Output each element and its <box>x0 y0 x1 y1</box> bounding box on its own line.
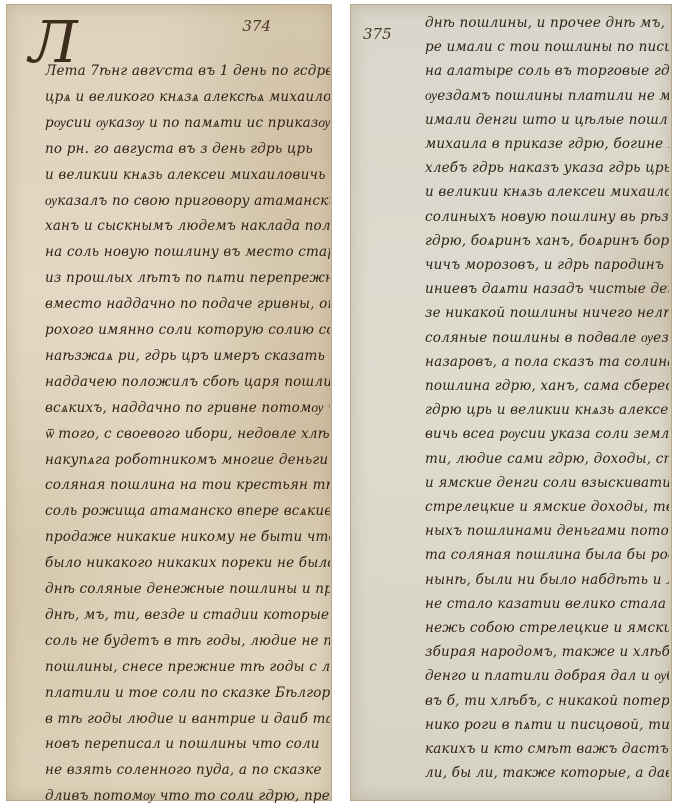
manuscript-line: пошлины, снесе прежние тѣ годы с людей <box>45 659 330 675</box>
manuscript-line: было никакого никаких пореки не было а в… <box>45 555 330 571</box>
manuscript-line: гдрю црь и великии кнѧзь алексеи михаило <box>425 402 669 418</box>
manuscript-line: соль не будетъ в тѣ годы, людие не прода… <box>45 633 330 649</box>
manuscript-line: нежь собою стрелецкие и ямские дати <box>425 620 669 636</box>
manuscript-line: михаила в приказе гдрю, богине ханъ, и г… <box>425 136 669 152</box>
manuscript-line: соляная пошлина на тои крестьян тѣ та <box>45 477 330 493</box>
manuscript-line: нико роги в пѧти и писцовой, тираже <box>425 717 669 733</box>
manuscript-line: збирая народомъ, также и хлѣбныхъ <box>425 644 669 660</box>
manuscript-line: днѣ пошлины, и прочее днѣ мъ, тъ, платил… <box>425 15 669 31</box>
manuscript-line: денго и платили добрая дал и ѹбошли <box>425 668 669 684</box>
manuscript-line: въ б, ти хлѣбъ, с никакой потеры что <box>425 693 669 709</box>
manuscript-line: ѹказалъ по свою приговору атаманскихъ <box>45 193 330 209</box>
manuscript-line: соляные пошлины в подвале ѹезда, пишетъ … <box>425 330 669 346</box>
manuscript-line: ныхъ пошлинами деньгами потомѹ что <box>425 523 669 539</box>
manuscript-line: не стало казатии велико стала себе прѧ <box>425 596 669 612</box>
manuscript-line: ти, людие сами гдрю, доходы, стрелецкие <box>425 451 669 467</box>
manuscript-line: назаровъ, а пола сказъ та солиная <box>425 354 669 370</box>
manuscript-line: иниевъ даѧти назадъ чистые деньги, примѣ <box>425 281 669 297</box>
manuscript-line: днѣ, мъ, ти, везде и стадии которые <box>45 607 330 623</box>
manuscript-line: нынѣ, были ни было набдѣть и лишнего пла… <box>425 572 669 588</box>
manuscript-line: ѿ того, с своевого ибори, недовле хлѣба <box>45 426 330 442</box>
manuscript-line: продаже никакие никому не быти что то <box>45 529 330 545</box>
manuscript-line: дливъ потомѹ что то соли гдрю, пре <box>45 788 330 804</box>
manuscript-line: рохого имянно соли которую солию сохи <box>45 322 330 338</box>
manuscript-line: наддачею положилъ сбоѣ царя пошлинъ <box>45 374 330 390</box>
manuscript-line: и ямские денги соли взыскивати тѣ <box>425 475 669 491</box>
manuscript-line: имали денги што и цѣлые пошлины, платили… <box>425 112 669 128</box>
manuscript-line: не взять соленного пуда, а по сказке <box>45 762 330 778</box>
manuscript-line: ре имали с тои пошлины по писцовымъ книг… <box>425 39 669 55</box>
manuscript-line: всѧкихъ, наддачно по гривне потомѹ что <box>45 400 330 416</box>
manuscript-line: ѹездамъ пошлины платили не можно платити… <box>425 88 669 104</box>
manuscript-line: платили и тое соли по сказке Бѣлгорода <box>45 685 330 701</box>
manuscript-line: какихъ и кто смѣт важъ дастъ съ всѧда <box>425 741 669 757</box>
manuscript-line: црѧ и великого кнѧзѧ алексѣѧ михаиловича… <box>45 89 330 105</box>
manuscript-line: вичь всеа рѹсии указа соли земли съ соли <box>425 426 669 442</box>
folio-number: 375 <box>363 25 392 43</box>
manuscript-line: чичъ морозовъ, и гдрь пародинъ матве <box>425 257 669 273</box>
manuscript-line: Лета 7ѣнг авгѵста въ 1 день по гсдрвѹ <box>45 63 330 79</box>
manuscript-line: новъ переписал и пошлины что соли <box>45 736 330 752</box>
manuscript-line: наѣзжаѧ ри, гдрь цръ имеръ сказать соль <box>45 348 330 364</box>
manuscript-line: из прошлых лѣтъ по пѧти перепрежнихъ при… <box>45 270 330 286</box>
manuscript-line: стрелецкие и ямские доходы, твои соли <box>425 499 669 515</box>
manuscript-line: гдрю, боѧринъ ханъ, боѧринъ борисъ ивано… <box>425 233 669 249</box>
manuscript-line: и великии кнѧзь алексеи михаиловичь всеа… <box>425 184 669 200</box>
manuscript-line: в тѣ годы людие и вантрие и даиб та ха <box>45 711 330 727</box>
manuscript-line: солиныхъ новую пошлину вь рѣзъ в приказе… <box>425 209 669 225</box>
manuscript-page-left: 374 Л Лета 7ѣнг авгѵста въ 1 день по гсд… <box>6 4 332 801</box>
manuscript-line: вместо наддачно по подаче гривны, опричь… <box>45 296 330 312</box>
manuscript-line: ли, бы ли, также которые, а дав дела <box>425 765 669 781</box>
manuscript-line: хлебъ гдрь наказъ указа гдрь црь <box>425 160 669 176</box>
manuscript-line: на соль новую пошлину въ место старые по… <box>45 244 330 260</box>
manuscript-line: зе никакой пошлины ничего нелѣбъ ахоти <box>425 305 669 321</box>
manuscript-line: и великии кнѧзь алексеи михаиловичь всеа… <box>45 167 330 183</box>
manuscript-page-right: 375 днѣ пошлины, и прочее днѣ мъ, тъ, пл… <box>350 4 672 801</box>
folio-number: 374 <box>242 17 271 35</box>
manuscript-line: накупѧга роботникомъ многие деньги дават… <box>45 452 330 468</box>
manuscript-line: днѣ соляные денежные пошлины и прочее <box>45 581 330 597</box>
manuscript-line: по рн. го августа въ з день гдрь црь <box>45 141 330 157</box>
manuscript-line: рѹсии ѹказѹ и по памѧти ис приказѹ данищ… <box>45 115 330 131</box>
manuscript-line: та соляная пошлина была бы ровна <box>425 547 669 563</box>
manuscript-line: соль рожища атаманско впере всѧкие <box>45 503 330 519</box>
manuscript-line: на алатыре соль въ торговые гдрь соль во… <box>425 63 669 79</box>
manuscript-line: ханъ и сыскнымъ людемъ наклада положити <box>45 218 330 234</box>
manuscript-line: пошлина гдрю, ханъ, сама сбереса <box>425 378 669 394</box>
